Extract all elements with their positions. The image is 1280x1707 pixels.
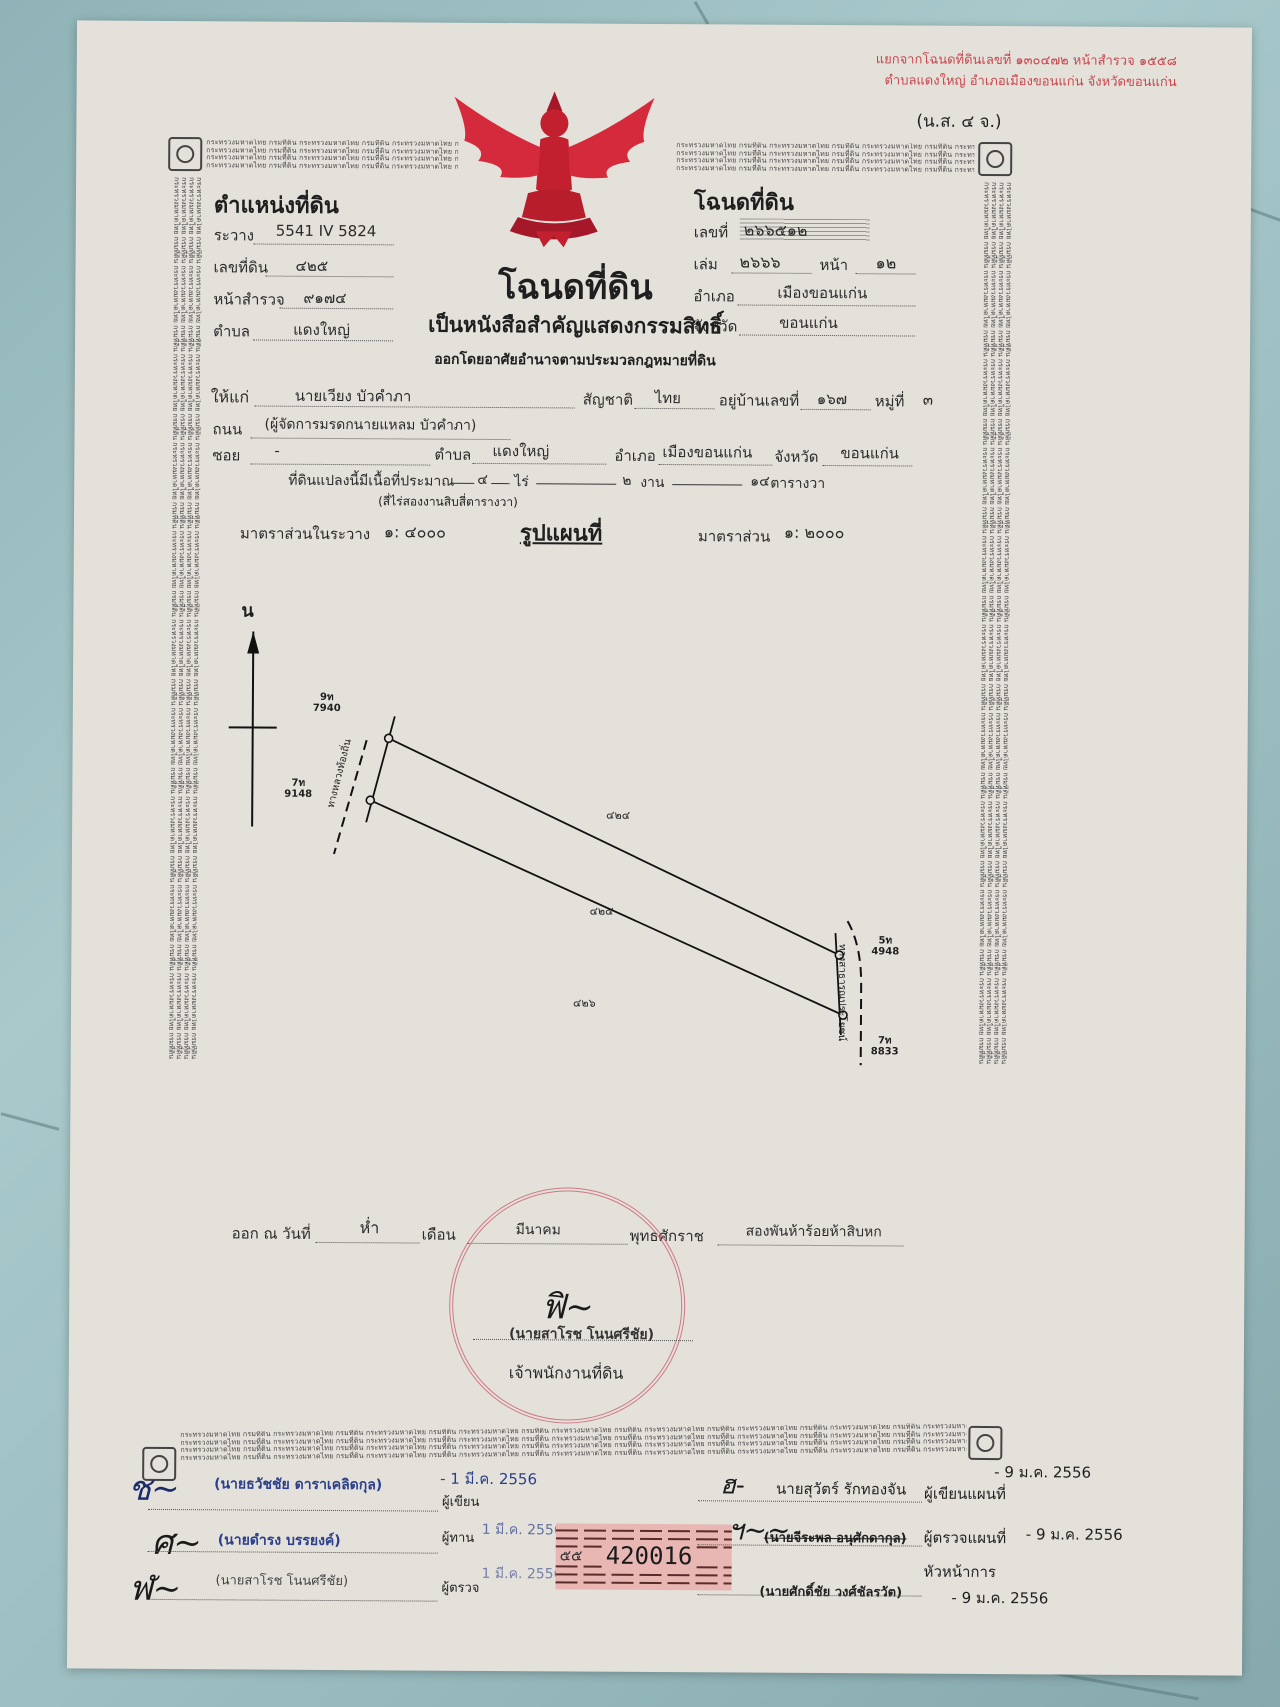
owner-tambon-label: ตำบล (434, 443, 471, 467)
owner-to-label: ให้แก่ (211, 385, 250, 410)
issue-day: ห่ำ (360, 1216, 380, 1241)
soi-value: - (274, 442, 280, 460)
field-value-deed-no: ๒๖๖๕๑๒ (744, 219, 808, 244)
writer-role: ผู้เขียน (442, 1491, 480, 1512)
issued-label: ออก ณ วันที่ (232, 1221, 311, 1245)
land-title-deed: แยกจากโฉนดที่ดินเลขที่ ๑๓๐๔๗๒ หน้าสำรวจ … (67, 20, 1252, 1675)
signatories-left: ช~ (นายธวัชชัย ดาราเคลิดกุล) - 1 มี.ค. 2… (77, 20, 1252, 27)
area-section: ที่ดินแปลงนี้มีเนื้อที่ประมาณ ๔ ไร่ ๒ งา… (77, 20, 1252, 27)
map-inspector-role: ผู้ตรวจแผนที่ (924, 1526, 1007, 1551)
field-value-sheet: 5541 IV 5824 (276, 222, 377, 241)
inspector-role: ผู้ตรวจ (441, 1577, 479, 1598)
soi-label: ซอย (212, 443, 240, 467)
issue-date-section: ออก ณ วันที่ ห่ำ เดือน มีนาคม พุทธศักราช… (77, 20, 1252, 27)
section-head-date: - 9 ม.ค. 2556 (951, 1586, 1048, 1611)
reviewer-role: ผู้ทาน (442, 1527, 475, 1548)
document-authority: ออกโดยอาศัยอำนาจตามประมวลกฎหมายที่ดิน (75, 346, 1055, 374)
marker-7t-8833: 7ท8833 (871, 1035, 899, 1057)
floor-tile-line (694, 1, 710, 25)
road-label-east: ทางสาธารณประโยชน์ (834, 944, 850, 1041)
deed-info-fields: เลขที่ ๒๖๖๕๑๒ เล่ม ๒๖๖๖ หน้า ๑๒ อำเภอ เม… (77, 20, 1252, 27)
nationality-label: สัญชาติ (583, 388, 633, 412)
owner-tambon-value: แดงใหญ่ (492, 439, 549, 463)
signature-map-writer: ฮ- (720, 1464, 745, 1505)
field-label-sheet: ระวาง (214, 223, 254, 247)
marker-5t-4948: 5ท4948 (871, 935, 899, 957)
parcel-label-425: ๔๒๕ (590, 902, 614, 920)
signature-writer: ช~ (128, 1461, 180, 1515)
corner-ornament-icon (968, 1426, 1002, 1460)
house-no-value: ๑๖๗ (817, 387, 847, 411)
inspector-name: (นายสาโรช โนนศรีชัย) (215, 1569, 348, 1591)
month-label: เดือน (422, 1223, 456, 1247)
issue-year: สองพันห้าร้อยห้าสิบหก (746, 1221, 882, 1244)
owner-province-label: จังหวัด (774, 445, 818, 469)
area-rai-label: ไร่ (514, 471, 529, 493)
inspector-date: 1 มี.ค. 2556 (481, 1563, 562, 1585)
border-pattern-left: กระทรวงมหาดไทย กรมที่ดิน กระทรวงมหาดไทย … (160, 177, 202, 1467)
map-inspector-date: - 9 ม.ค. 2556 (1026, 1522, 1123, 1547)
officer-name: (นายสาโรช โนนศรีชัย) (509, 1323, 654, 1346)
reviewer-name: (นายดำรง บรรยงค์) (218, 1529, 341, 1552)
writer-name: (นายธวัชชัย ดาราเคลิดกุล) (214, 1473, 382, 1496)
origin-note-line2: ตำบลแดงใหญ่ อำเภอเมืองขอนแก่น จังหวัดขอน… (876, 70, 1177, 93)
area-wa: ๑๔ (750, 471, 770, 493)
moo-label: หมู่ที่ (875, 389, 905, 413)
map-writer-date: - 9 ม.ค. 2556 (994, 1460, 1091, 1485)
north-label: น (241, 595, 253, 624)
officer-title: เจ้าพนักงานที่ดิน (509, 1361, 624, 1387)
map-scale-value: ๑: ๒๐๐๐ (784, 521, 845, 546)
parcel-map: น 9ท7940 7ท9148 5ท4948 7ท8833 ทางหลวงท้อ… (210, 541, 973, 1106)
floor-tile-line (1, 1112, 60, 1130)
moo-value: ๓ (923, 388, 933, 412)
land-location-heading: ตำแหน่งที่ดิน (214, 187, 339, 223)
origin-note-line1: แยกจากโฉนดที่ดินเลขที่ ๑๓๐๔๗๒ หน้าสำรวจ … (876, 49, 1177, 72)
owner-amphoe-value: เมืองขอนแก่น (662, 440, 752, 465)
owner-name: นายเวียง บัวคำภา (295, 384, 412, 409)
parcel-label-426: ๔๒๖ (573, 993, 596, 1011)
reviewer-date: 1 มี.ค. 2556 (482, 1519, 563, 1541)
marker-7t-9148: 7ท9148 (284, 778, 312, 800)
area-rai: ๔ (474, 469, 491, 491)
corner-ornament-icon (168, 137, 202, 171)
border-pattern-top-right: กระทรวงมหาดไทย กรมที่ดิน กระทรวงมหาดไทย … (676, 142, 974, 174)
parcel-label-424: ๔๒๔ (606, 806, 630, 824)
garuda-emblem-icon (448, 89, 661, 250)
road-value: (ผู้จัดการมรดกนายแหลม บัวคำภา) (265, 414, 477, 437)
origin-note: แยกจากโฉนดที่ดินเลขที่ ๑๓๐๔๗๒ หน้าสำรวจ … (876, 49, 1177, 93)
area-ngan: ๒ (622, 470, 631, 492)
form-code: (น.ส. ๔ จ.) (916, 108, 1001, 136)
area-ngan-label: งาน (640, 472, 664, 494)
signature-inspector: ฬ~ (129, 1561, 181, 1615)
marker-9t-7940: 9ท7940 (313, 692, 341, 714)
road-label: ถนน (212, 417, 242, 441)
map-writer-role: ผู้เขียนแผนที่ (924, 1482, 1006, 1506)
owner-amphoe-label: อำเภอ (614, 444, 656, 468)
house-no-label: อยู่บ้านเลขที่ (719, 388, 800, 412)
signatories-right: ฮ- นายสุวัตร์ รักทองจัน ผู้เขียนแผนที่ -… (77, 20, 1252, 27)
border-pattern-top-left: กระทรวงมหาดไทย กรมที่ดิน กระทรวงมหาดไทย … (206, 139, 458, 171)
writer-date: - 1 มี.ค. 2556 (440, 1467, 537, 1492)
area-wa-label: ตารางวา (770, 473, 825, 495)
serial-number-box: ๕๕ 420016 (555, 1523, 731, 1590)
area-prefix: ที่ดินแปลงนี้มีเนื้อที่ประมาณ (288, 470, 454, 493)
section-head-name: (นายศักดิ์ชัย วงศ์ชัลรวัต) (759, 1581, 902, 1603)
document-subtitle: เป็นหนังสือสำคัญแสดงกรรมสิทธิ์ (75, 306, 1055, 345)
serial-prefix: ๕๕ (560, 1543, 583, 1567)
owner-section: ให้แก่ นายเวียง บัวคำภา สัญชาติ ไทย อยู่… (77, 20, 1252, 27)
border-pattern-bottom: กระทรวงมหาดไทย กรมที่ดิน กระทรวงมหาดไทย … (180, 1423, 966, 1462)
section-head-role: หัวหน้าการ (924, 1560, 997, 1584)
owner-province-value: ขอนแก่น (840, 441, 899, 465)
field-label-deed-no: เลขที่ (694, 220, 729, 244)
parcel-map-svg (210, 541, 973, 1106)
serial-number: 420016 (602, 1542, 697, 1571)
land-location-fields: ระวาง 5541 IV 5824 เลขที่ดิน ๔๒๕ หน้าสำร… (77, 20, 1252, 27)
corner-ornament-icon (978, 142, 1012, 176)
nationality-value: ไทย (655, 386, 681, 410)
deed-info-heading: โฉนดที่ดิน (694, 184, 794, 220)
map-writer-name: นายสุวัตร์ รักทองจัน (776, 1477, 906, 1502)
area-in-words: (สี่ไร่สองงานสิบสี่ตารางวา) (378, 492, 518, 512)
